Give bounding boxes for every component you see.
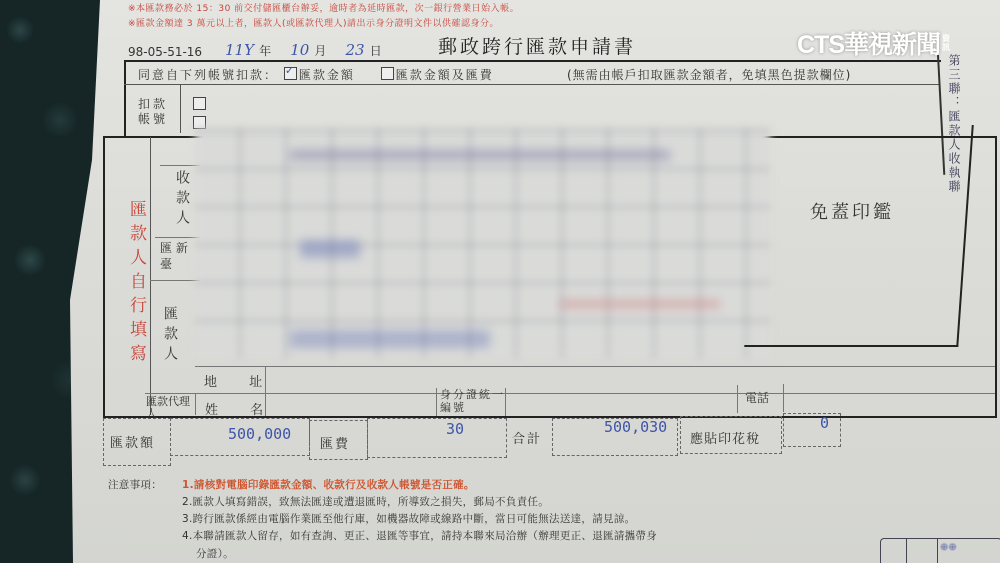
remitter-label: 匯款人 [160, 306, 180, 366]
note-2: 2.匯款人填寫錯誤，致無法匯達或遭退匯時，所導致之損失，郵局不負責任。 [182, 494, 549, 510]
form-title: 郵政跨行匯款申請書 [438, 32, 636, 59]
date-year-label: 年 [259, 44, 271, 58]
debit-account-label: 扣款帳號 [138, 97, 170, 127]
address-label: 地 址 [204, 371, 276, 390]
postal-stamp-mark: ⊕⊕ [940, 542, 957, 553]
form-code: 98-05-51-16 [128, 45, 202, 59]
option-remit-amount-fee: 匯款金額及匯費 [396, 68, 494, 82]
redacted-text [290, 330, 490, 348]
cts-logo-text: CTS華視新聞 [797, 25, 940, 61]
notice-line-2: ※匯款金額達 3 萬元以上者，匯款人(或匯款代理人)請出示身分證明文件以供確認身… [128, 18, 499, 31]
consent-note: (無需由帳戶扣取匯款金額者，免填黑色提款欄位) [567, 66, 851, 83]
cts-news-watermark: CTS華視新聞 資 訊 [797, 25, 950, 61]
amount-label-partial: 匯 新臺 [160, 240, 196, 272]
remit-amount-label: 匯款額 [110, 432, 155, 451]
total-value: 500,030 [604, 418, 667, 436]
remittance-form-paper: ※本匯款務必於 15：30 前交付儲匯櫃台辦妥，逾時者為延時匯款，次一銀行營業日… [0, 0, 1000, 563]
note-4: 4.本聯請匯款人留存，如有查詢、更正、退匯等事宜，請持本聯來局洽辦（辦理更正、退… [182, 528, 657, 544]
agent-label: 匯款代理人 [146, 396, 194, 420]
date-month-label: 月 [314, 44, 326, 58]
watermark-suffix-1: 資 [942, 34, 950, 43]
section-self-fill-label: 匯款人自行填寫 [124, 200, 149, 368]
remit-amount-value: 500,000 [228, 425, 291, 443]
date-day: 23 [346, 41, 365, 59]
note-1: 1.請核對電腦印錄匯款金額、收款行及收款人帳號是否正確。 [182, 477, 475, 493]
no-seal-label: 免蓋印鑑 [810, 198, 894, 224]
option-remit-amount: 匯款金額 [299, 68, 355, 82]
checkbox-remit-amount[interactable] [284, 67, 297, 80]
stamp-tax-label: 應貼印花稅 [690, 428, 760, 447]
phone-label: 電話 [745, 389, 769, 406]
date-field: 11Y 年 10 月 23 日 [225, 40, 382, 59]
payee-label: 收款人 [172, 170, 192, 230]
consent-prefix: 同意自下列帳號扣款： [138, 68, 278, 82]
notes-title: 注意事項： [108, 477, 162, 493]
watermark-suffix: 資 訊 [942, 34, 950, 52]
fee-value: 30 [446, 420, 464, 438]
consent-row: 同意自下列帳號扣款： 匯款金額 匯款金額及匯費 [138, 66, 494, 83]
watermark-suffix-2: 訊 [942, 43, 950, 52]
redacted-text [290, 150, 670, 160]
checkbox-remit-amount-fee[interactable] [381, 67, 394, 80]
date-month: 10 [290, 41, 309, 59]
fee-cell [367, 418, 507, 458]
date-day-label: 日 [370, 44, 382, 58]
redacted-text [300, 240, 360, 258]
note-3: 3.跨行匯款係經由電腦作業匯至他行庫，如機器故障或線路中斷，當日可能無法送達，請… [182, 511, 635, 527]
total-label: 合計 [512, 428, 542, 447]
stamp-tax-value: 0 [820, 414, 829, 432]
seal-box [744, 125, 974, 347]
date-year: 11Y [225, 41, 254, 59]
notice-line-1: ※本匯款務必於 15：30 前交付儲匯櫃台辦妥，逾時者為延時匯款，次一銀行營業日… [128, 3, 519, 16]
redacted-payee-remitter-details [195, 128, 770, 358]
redacted-text [560, 300, 720, 308]
fee-label: 匯費 [320, 433, 350, 452]
stamp-tax-cell [783, 413, 841, 447]
note-4-continued: 分證）。 [196, 546, 234, 562]
debit-account-checkbox-1[interactable] [193, 94, 208, 113]
name-label: 姓 名 [205, 399, 277, 418]
id-number-label: 身分證統一編號 [440, 388, 506, 414]
